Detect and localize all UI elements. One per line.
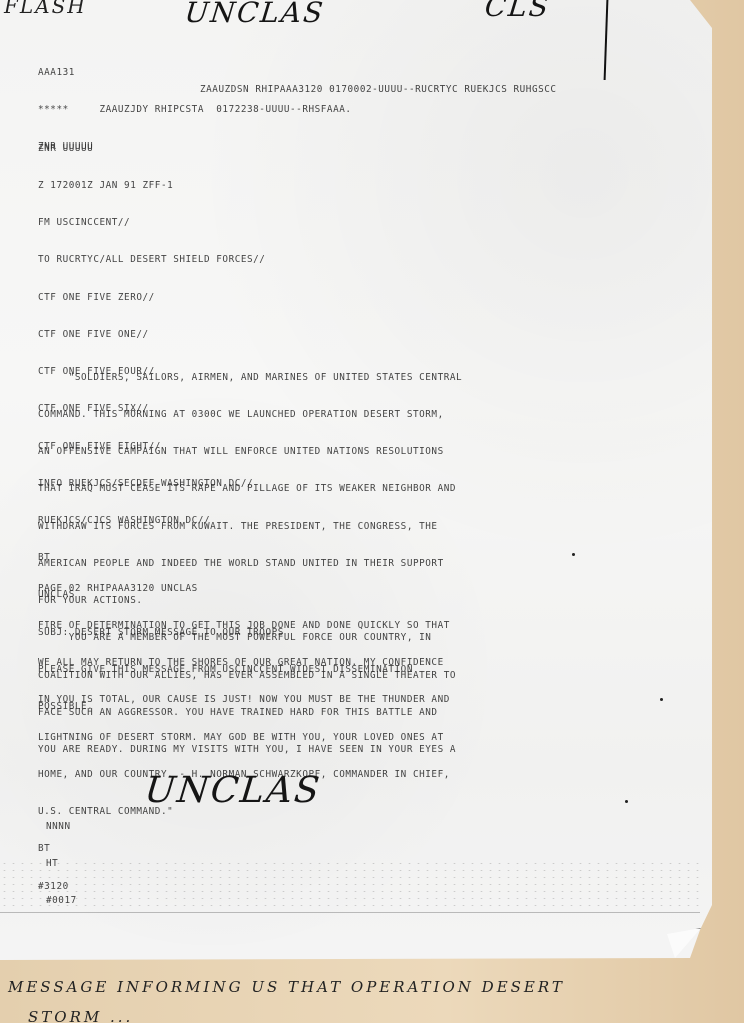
teletype-page: FLASH UNCLAS CLS AAA131 ***** ZAAUZJDY R… xyxy=(0,0,712,960)
message-header-line: CTF ONE FIVE ZERO// xyxy=(38,292,413,304)
header-line: AAA131 xyxy=(38,67,352,79)
header-line: ***** ZAAUZJDY RHIPCSTA 0172238-UUUU--RH… xyxy=(38,104,352,116)
handwritten-flash: FLASH xyxy=(4,0,87,18)
fold-line xyxy=(0,912,700,913)
caption-line-1: MESSAGE INFORMING US THAT OPERATION DESE… xyxy=(8,978,565,996)
body-line: BT xyxy=(38,843,450,855)
message-header-line: ZNR UUUUU xyxy=(38,143,413,155)
routing-line: ZAAUZDSN RHIPAAA3120 0170002-UUUU--RUCRT… xyxy=(200,84,557,96)
scan-noise xyxy=(0,860,700,910)
speck xyxy=(572,553,575,556)
body-line: WITHDRAW ITS FORCES FROM KUWAIT. THE PRE… xyxy=(38,521,462,533)
body-line: PAGE 02 RHIPAAA3120 UNCLAS xyxy=(38,583,450,595)
message-header-line: TO RUCRTYC/ALL DESERT SHIELD FORCES// xyxy=(38,254,413,266)
handwritten-cls: CLS xyxy=(483,0,552,23)
handwritten-unclas-bottom: UNCLAS xyxy=(143,770,323,811)
body-line: "SOLDIERS, SAILORS, AIRMEN, AND MARINES … xyxy=(38,372,462,384)
speck xyxy=(660,698,663,701)
body-line: THAT IRAQ MUST CEASE ITS RAPE AND PILLAG… xyxy=(38,483,462,495)
body-line: IN YOU IS TOTAL, OUR CAUSE IS JUST! NOW … xyxy=(38,694,450,706)
message-header-line: Z 172001Z JAN 91 ZFF-1 xyxy=(38,180,413,192)
handwritten-vertical-mark xyxy=(604,0,609,80)
body-line: LIGHTNING OF DESERT STORM. MAY GOD BE WI… xyxy=(38,732,450,744)
caption-line-2: STORM ... xyxy=(28,1008,133,1023)
speck xyxy=(625,800,628,803)
body-line: WE ALL MAY RETURN TO THE SHORES OF OUR G… xyxy=(38,657,450,669)
body-line: FIRE OF DETERMINATION TO GET THIS JOB DO… xyxy=(38,620,450,632)
trailer-line: NNNN xyxy=(46,821,77,833)
message-header-line: CTF ONE FIVE ONE// xyxy=(38,329,413,341)
message-header-line: FM USCINCCENT// xyxy=(38,217,413,229)
handwritten-unclas-top: UNCLAS xyxy=(183,0,326,29)
body-line: AN OFFENSIVE CAMPAIGN THAT WILL ENFORCE … xyxy=(38,446,462,458)
body-line: COMMAND. THIS MORNING AT 0300C WE LAUNCH… xyxy=(38,409,462,421)
